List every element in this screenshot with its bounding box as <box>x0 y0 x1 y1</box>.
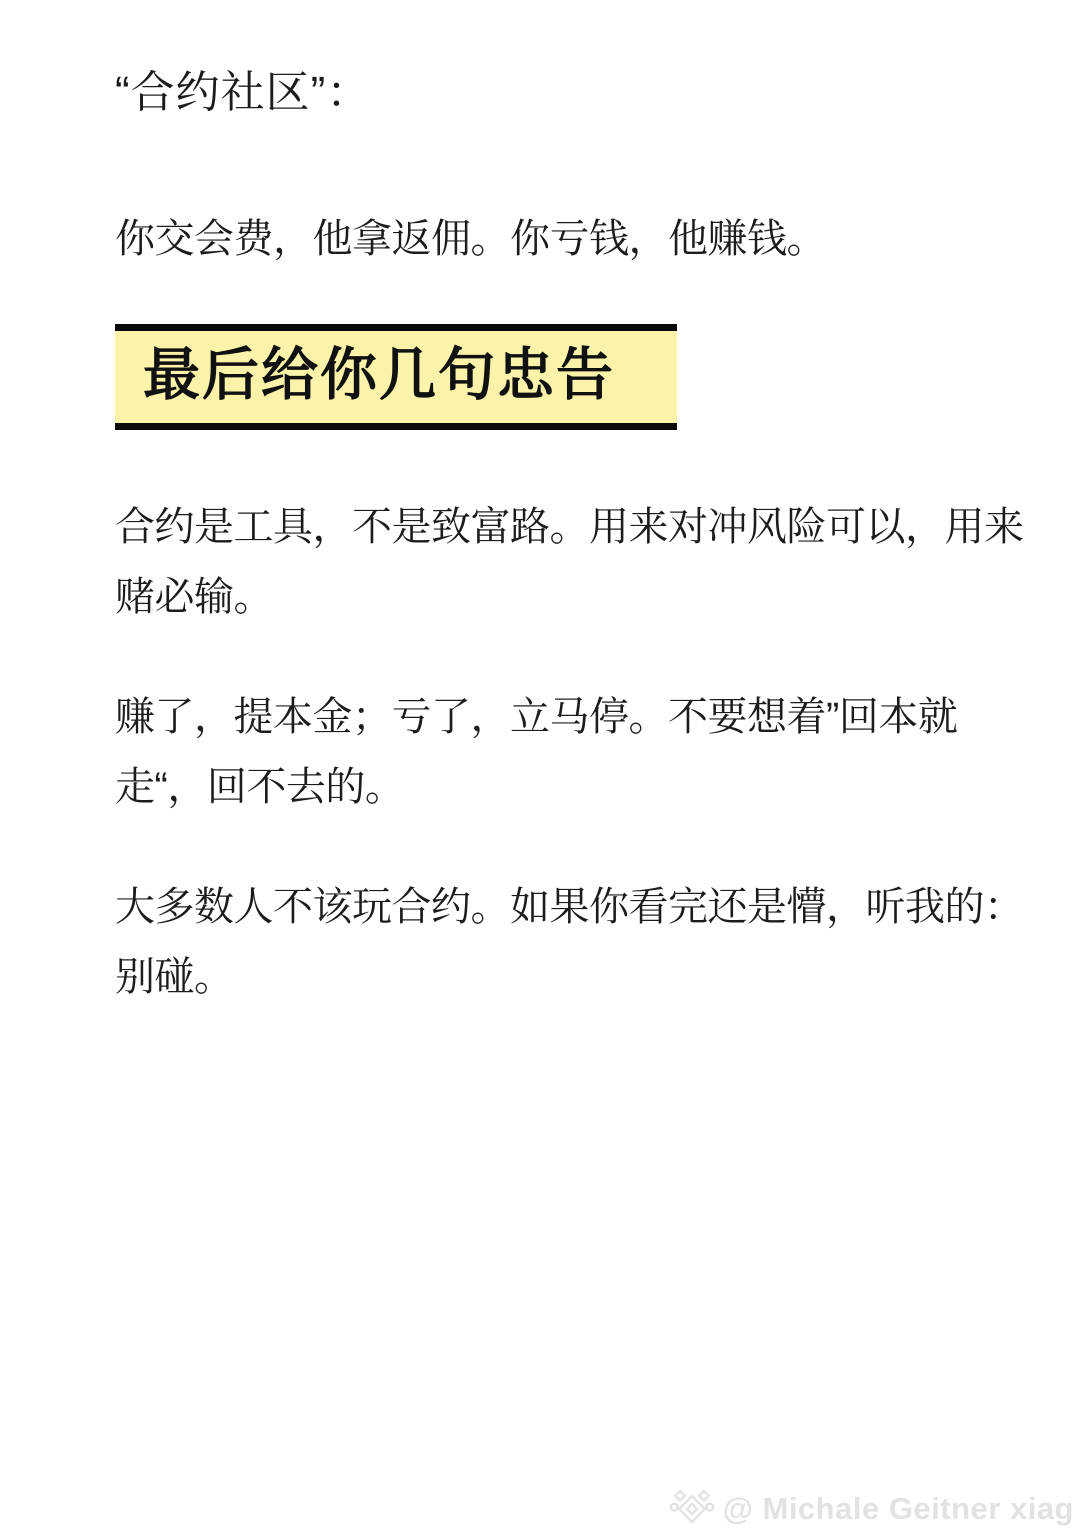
intro-paragraph: 你交会费，他拿返佣。你亏钱，他赚钱。 <box>115 204 1035 274</box>
advice-paragraph-2: 赚了，提本金；亏了，立马停。不要想着”回本就走“，回不去的。 <box>115 682 1035 822</box>
highlight-box: 最后给你几句忠告 <box>115 324 677 430</box>
watermark-text: @ Michale Geitner xiag <box>723 1491 1074 1527</box>
card-content: “合约社区”： 你交会费，他拿返佣。你亏钱，他赚钱。 最后给你几句忠告 合约是工… <box>0 0 1080 1012</box>
advice-paragraph-1: 合约是工具，不是致富路。用来对冲风险可以，用来赌必输。 <box>115 492 1035 632</box>
card-title: “合约社区”： <box>115 56 1035 120</box>
advice-paragraph-3: 大多数人不该玩合约。如果你看完还是懵，听我的：别碰。 <box>115 872 1035 1012</box>
text-card: “合约社区”： 你交会费，他拿返佣。你亏钱，他赚钱。 最后给你几句忠告 合约是工… <box>0 0 1080 1536</box>
watermark: @ Michale Geitner xiag <box>669 1486 1074 1532</box>
diamond-logo-icon <box>669 1486 715 1532</box>
highlight-heading: 最后给你几句忠告 <box>143 343 615 407</box>
